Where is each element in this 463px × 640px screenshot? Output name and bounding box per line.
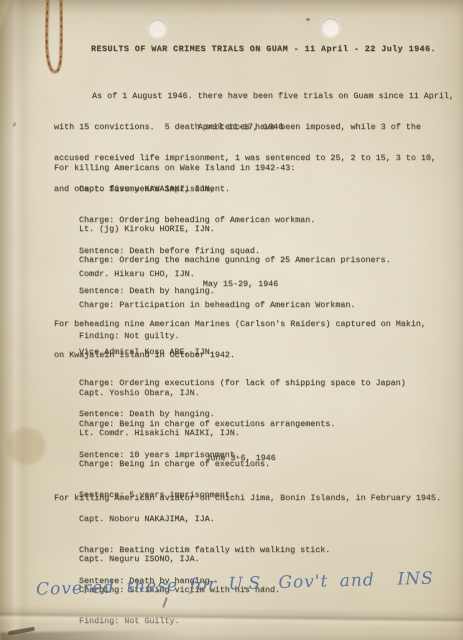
ink-speck — [306, 18, 310, 21]
officer-name-line: Capt. Yoshio Obara, IJN. — [79, 388, 335, 398]
section-date-heading: June 3-6, 1946 — [0, 453, 463, 463]
officer-name-line: Vice Admiral Koso ABE, IJN. — [79, 347, 406, 357]
left-edge-crease — [0, 0, 32, 640]
officer-name-line: Lt. (jg) Kiroku HORIE, IJN. — [79, 224, 391, 234]
punch-hole-right — [321, 18, 340, 37]
officer-name-line: Capt. Noboru NAKAJIMA, IJA. — [79, 514, 330, 524]
punch-hole-left — [148, 19, 167, 38]
intro-line: As of 1 August 1946. there have been fiv… — [54, 91, 454, 101]
bottom-left-dark-mark — [8, 627, 35, 636]
document-title: RESULTS OF WAR CRIMES TRIALS ON GUAM - 1… — [91, 44, 436, 54]
officer-name-line: Capt. Neguru ISONO, IJA. — [79, 554, 280, 564]
section-date-heading: April 11-17, 1946 — [0, 122, 463, 132]
officer-name-line: Comdr. Hikaru CHO, IJN. — [79, 269, 355, 279]
scanned-document-page: RESULTS OF WAR CRIMES TRIALS ON GUAM - 1… — [0, 0, 463, 640]
officer-name-line: Lt. Comdr. Hisakichi NAIKI, IJN. — [79, 428, 270, 438]
finding-line: Finding: Not Guilty. — [79, 616, 280, 626]
officer-name-line: Capt. Susumu KAWASAKI, IJN, — [79, 184, 315, 194]
section-date-heading: May 15-29, 1946 — [0, 279, 463, 289]
